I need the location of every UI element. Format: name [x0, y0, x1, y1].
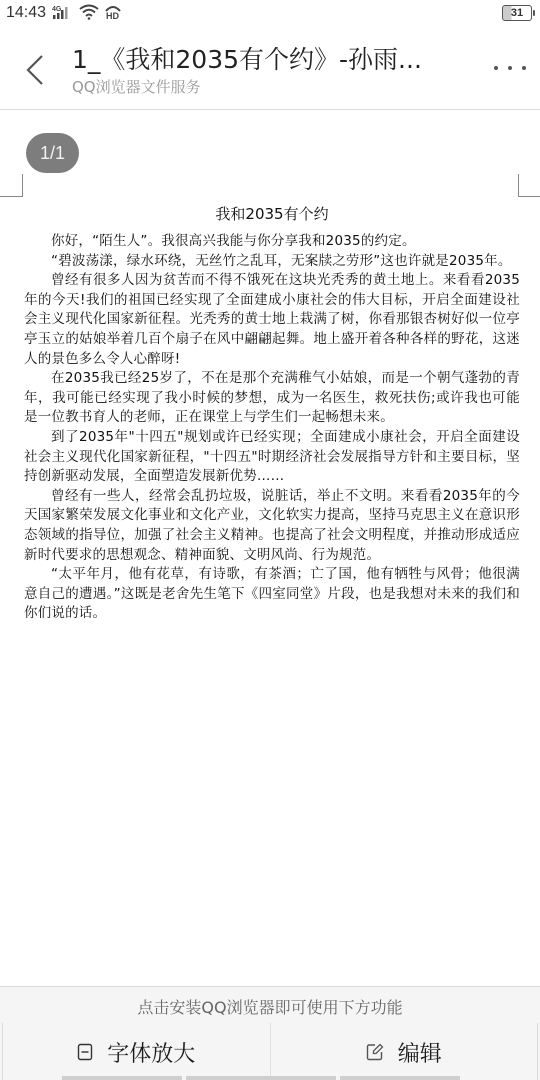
document-body: 我和2035有个约 你好，“陌生人”。我很高兴我能与你分享我和2035的约定。 …	[24, 203, 520, 624]
paragraph: 在2035我已经25岁了，不在是那个充满稚气小姑娘，而是一个朝气蓬勃的青年，我可…	[24, 369, 520, 428]
cellular-signal-icon: 4G	[52, 4, 74, 20]
paragraph: 曾经有很多人因为贫苦而不得不饿死在这块光秃秀的黄土地上。来看看2035年的今天!…	[24, 271, 520, 369]
battery-indicator: 31	[502, 5, 532, 21]
hd-voice-icon: HD	[104, 4, 122, 20]
action-row: 字体放大 编辑	[0, 1023, 540, 1080]
page-corner-mark-right	[518, 174, 540, 197]
service-subtitle: QQ浏览器文件服务	[72, 76, 201, 97]
svg-text:HD: HD	[106, 11, 119, 20]
page-corner-mark-left	[0, 174, 23, 197]
app-header: 1_《我和2035有个约》-孙雨... QQ浏览器文件服务	[0, 28, 540, 110]
wifi-icon	[79, 4, 99, 20]
nav-indicator	[62, 1076, 182, 1080]
more-dot-icon	[494, 66, 498, 70]
svg-text:4G: 4G	[52, 6, 62, 13]
paragraph: 到了2035年"十四五"规划或许已经实现；全面建成小康社会，开启全面建设社会主义…	[24, 428, 520, 487]
font-enlarge-label: 字体放大	[107, 1037, 195, 1068]
document-heading: 我和2035有个约	[24, 203, 520, 225]
paragraph: “碧波荡漾，绿水环绕，无丝竹之乱耳，无案牍之劳形”这也许就是2035年。	[24, 252, 520, 272]
font-enlarge-icon	[77, 1043, 93, 1061]
nav-indicator	[340, 1076, 460, 1080]
nav-indicator	[186, 1076, 336, 1080]
more-dot-icon	[508, 66, 512, 70]
paragraph: 你好，“陌生人”。我很高兴我能与你分享我和2035的约定。	[24, 232, 520, 252]
more-dot-icon	[522, 66, 526, 70]
font-enlarge-button[interactable]: 字体放大	[2, 1023, 270, 1080]
status-bar: 14:43 4G HD 31	[0, 0, 540, 28]
edit-button[interactable]: 编辑	[270, 1023, 539, 1080]
paragraph: “太平年月，他有花草，有诗歌，有茶酒；亡了国，他有牺牲与风骨；他很满意自己的遭遇…	[24, 565, 520, 624]
more-options-button[interactable]	[490, 58, 530, 78]
paragraph: 曾经有一些人，经常会乱扔垃圾，说脏话，举止不文明。来看看2035年的今天国家繁荣…	[24, 487, 520, 565]
battery-level: 31	[511, 7, 523, 19]
bottom-toolbar: 点击安装QQ浏览器即可使用下方功能 字体放大 编辑	[0, 986, 540, 1080]
status-time: 14:43	[6, 4, 46, 22]
edit-icon	[366, 1043, 384, 1061]
status-icons: 4G HD	[52, 4, 122, 20]
install-hint[interactable]: 点击安装QQ浏览器即可使用下方功能	[0, 995, 540, 1018]
chevron-left-icon	[20, 50, 50, 90]
page-indicator: 1/1	[26, 133, 79, 173]
back-button[interactable]	[20, 50, 50, 90]
document-title: 1_《我和2035有个约》-孙雨...	[72, 40, 462, 76]
edit-label: 编辑	[398, 1037, 442, 1068]
